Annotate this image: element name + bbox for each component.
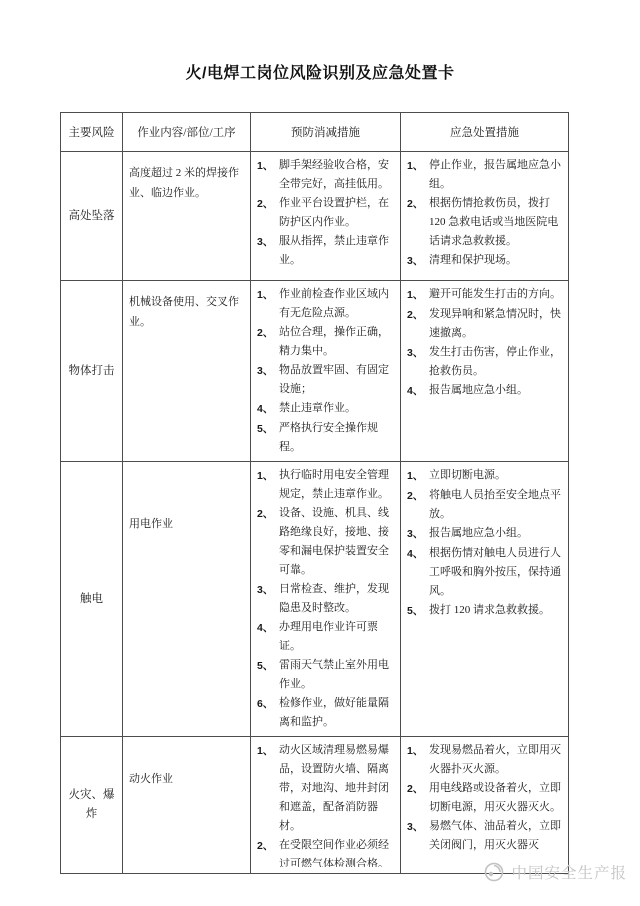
item-number: 2、 [407, 779, 429, 817]
item-number: 3、 [407, 343, 429, 381]
item-number: 3、 [407, 251, 429, 271]
emergency-cell: 1、避开可能发生打击的方向。2、发现异响和紧急情况时，快速撤离。3、发生打击伤害… [401, 281, 569, 462]
item-text: 作业平台设置护栏，在防护区内作业。 [279, 194, 394, 232]
item-text: 发现易燃品着火，立即用灭火器扑灭火源。 [429, 741, 562, 779]
emergency-list: 1、发现易燃品着火，立即用灭火器扑灭火源。2、用电线路或设备着火，立即切断电源，… [407, 741, 562, 855]
brand-logo-icon [483, 861, 505, 883]
item-text: 避开可能发生打击的方向。 [429, 285, 562, 305]
header-work-content: 作业内容/部位/工序 [123, 113, 251, 152]
item-number: 2、 [257, 504, 279, 580]
item-text: 执行临时用电安全管理规定，禁止违章作业。 [279, 466, 394, 504]
list-item: 3、发生打击伤害，停止作业，抢救伤员。 [407, 343, 562, 381]
item-number: 2、 [257, 194, 279, 232]
header-main-risk: 主要风险 [61, 113, 123, 152]
item-number: 1、 [257, 285, 279, 323]
list-item: 1、避开可能发生打击的方向。 [407, 285, 562, 305]
risk-card: 主要风险 作业内容/部位/工序 预防消减措施 应急处置措施 高处坠落 高度超过 … [60, 112, 569, 874]
brand-name: 中国安全生产报 [511, 861, 627, 883]
item-text: 停止作业，报告属地应急小组。 [429, 156, 562, 194]
emergency-list: 1、立即切断电源。2、将触电人员抬至安全地点平放。3、报告属地应急小组。4、根据… [407, 466, 562, 621]
item-text: 办理用电作业许可票证。 [279, 618, 394, 656]
item-number: 5、 [257, 656, 279, 694]
work-cell: 机械设备使用、交叉作业。 [123, 281, 251, 462]
list-item: 2、根据伤情抢救伤员，拨打 120 急救电话或当地医院电话请求急救救援。 [407, 194, 562, 251]
item-number: 3、 [257, 580, 279, 618]
list-item: 1、动火区域清理易燃易爆品，设置防火墙、隔离带，对地沟、地井封闭和遮盖，配备消防… [257, 741, 394, 836]
item-text: 服从指挥，禁止违章作业。 [279, 232, 394, 270]
emergency-list: 1、避开可能发生打击的方向。2、发现异响和紧急情况时，快速撤离。3、发生打击伤害… [407, 285, 562, 401]
item-text: 立即切断电源。 [429, 466, 562, 486]
item-number: 2、 [257, 323, 279, 361]
item-number: 3、 [257, 361, 279, 399]
work-cell: 高度超过 2 米的焊接作业、临边作业。 [123, 152, 251, 281]
list-item: 1、停止作业，报告属地应急小组。 [407, 156, 562, 194]
table-row-electric-shock: 触电 用电作业 1、执行临时用电安全管理规定，禁止违章作业。2、设备、设施、机具… [61, 462, 569, 737]
item-text: 报告属地应急小组。 [429, 524, 562, 544]
item-text: 在受限空间作业必须经过可燃气体检测合格。 [279, 836, 394, 867]
item-text: 严格执行安全操作规程。 [279, 419, 394, 457]
item-number: 6、 [257, 694, 279, 732]
list-item: 2、用电线路或设备着火，立即切断电源，用灭火器灭火。 [407, 779, 562, 817]
item-text: 日常检查、维护，发现隐患及时整改。 [279, 580, 394, 618]
table-row-fall: 高处坠落 高度超过 2 米的焊接作业、临边作业。 1、脚手架经验收合格，安全带完… [61, 152, 569, 281]
item-text: 根据伤情抢救伤员，拨打 120 急救电话或当地医院电话请求急救救援。 [429, 194, 562, 251]
risk-cell: 触电 [61, 462, 123, 737]
item-text: 发生打击伤害，停止作业，抢救伤员。 [429, 343, 562, 381]
item-number: 4、 [407, 381, 429, 401]
list-item: 2、在受限空间作业必须经过可燃气体检测合格。 [257, 836, 394, 867]
prevention-list: 1、动火区域清理易燃易爆品，设置防火墙、隔离带，对地沟、地井封闭和遮盖，配备消防… [257, 741, 394, 867]
work-cell: 用电作业 [123, 462, 251, 737]
list-item: 3、易燃气体、油品着火，立即关闭阀门，用灭火器灭 [407, 817, 562, 855]
table-row-object-strike: 物体打击 机械设备使用、交叉作业。 1、作业前检查作业区域内有无危险点源。2、站… [61, 281, 569, 462]
list-item: 3、报告属地应急小组。 [407, 524, 562, 544]
list-item: 3、日常检查、维护，发现隐患及时整改。 [257, 580, 394, 618]
item-number: 1、 [257, 156, 279, 194]
header-emergency: 应急处置措施 [401, 113, 569, 152]
item-text: 将触电人员抬至安全地点平放。 [429, 486, 562, 524]
item-text: 清理和保护现场。 [429, 251, 562, 271]
item-number: 5、 [407, 601, 429, 621]
list-item: 3、物品放置牢固、有固定设施； [257, 361, 394, 399]
item-text: 检修作业，做好能量隔离和监护。 [279, 694, 394, 732]
item-text: 易燃气体、油品着火，立即关闭阀门，用灭火器灭 [429, 817, 562, 855]
emergency-list: 1、停止作业，报告属地应急小组。2、根据伤情抢救伤员，拨打 120 急救电话或当… [407, 156, 562, 271]
emergency-cell: 1、立即切断电源。2、将触电人员抬至安全地点平放。3、报告属地应急小组。4、根据… [401, 462, 569, 737]
list-item: 4、根据伤情对触电人员进行人工呼吸和胸外按压，保持通风。 [407, 544, 562, 601]
risk-table: 主要风险 作业内容/部位/工序 预防消减措施 应急处置措施 高处坠落 高度超过 … [60, 112, 569, 874]
list-item: 5、拨打 120 请求急救救援。 [407, 601, 562, 621]
item-number: 1、 [407, 285, 429, 305]
risk-cell: 火灾、爆炸 [61, 737, 123, 874]
list-item: 4、办理用电作业许可票证。 [257, 618, 394, 656]
item-number: 1、 [407, 466, 429, 486]
prevention-cell: 1、作业前检查作业区域内有无危险点源。2、站位合理，操作正确，精力集中。3、物品… [251, 281, 401, 462]
emergency-cell: 1、停止作业，报告属地应急小组。2、根据伤情抢救伤员，拨打 120 急救电话或当… [401, 152, 569, 281]
list-item: 6、检修作业，做好能量隔离和监护。 [257, 694, 394, 732]
item-number: 4、 [257, 399, 279, 419]
list-item: 4、报告属地应急小组。 [407, 381, 562, 401]
table-row-fire-explosion: 火灾、爆炸 动火作业 1、动火区域清理易燃易爆品，设置防火墙、隔离带，对地沟、地… [61, 737, 569, 874]
item-text: 站位合理，操作正确，精力集中。 [279, 323, 394, 361]
list-item: 4、禁止违章作业。 [257, 399, 394, 419]
page: { "page": { "title": "火/电焊工岗位风险识别及应急处置卡"… [0, 0, 640, 906]
header-prevention: 预防消减措施 [251, 113, 401, 152]
list-item: 2、作业平台设置护栏，在防护区内作业。 [257, 194, 394, 232]
item-number: 3、 [257, 232, 279, 270]
list-item: 1、作业前检查作业区域内有无危险点源。 [257, 285, 394, 323]
item-text: 雷雨天气禁止室外用电作业。 [279, 656, 394, 694]
item-text: 动火区域清理易燃易爆品，设置防火墙、隔离带，对地沟、地井封闭和遮盖，配备消防器材… [279, 741, 394, 836]
item-number: 4、 [257, 618, 279, 656]
item-text: 拨打 120 请求急救救援。 [429, 601, 562, 621]
item-text: 作业前检查作业区域内有无危险点源。 [279, 285, 394, 323]
prevention-cell: 1、动火区域清理易燃易爆品，设置防火墙、隔离带，对地沟、地井封闭和遮盖，配备消防… [251, 737, 401, 874]
item-text: 发现异响和紧急情况时，快速撤离。 [429, 305, 562, 343]
header-row: 主要风险 作业内容/部位/工序 预防消减措施 应急处置措施 [61, 113, 569, 152]
item-number: 2、 [257, 836, 279, 867]
list-item: 2、发现异响和紧急情况时，快速撤离。 [407, 305, 562, 343]
item-number: 3、 [407, 524, 429, 544]
item-number: 1、 [407, 156, 429, 194]
item-number: 4、 [407, 544, 429, 601]
prevention-cell: 1、脚手架经验收合格，安全带完好，高挂低用。2、作业平台设置护栏，在防护区内作业… [251, 152, 401, 281]
watermark-brand: 中国安全生产报 [483, 861, 627, 883]
list-item: 3、服从指挥，禁止违章作业。 [257, 232, 394, 270]
item-text: 根据伤情对触电人员进行人工呼吸和胸外按压，保持通风。 [429, 544, 562, 601]
item-text: 脚手架经验收合格，安全带完好，高挂低用。 [279, 156, 394, 194]
list-item: 1、发现易燃品着火，立即用灭火器扑灭火源。 [407, 741, 562, 779]
list-item: 5、严格执行安全操作规程。 [257, 419, 394, 457]
list-item: 2、将触电人员抬至安全地点平放。 [407, 486, 562, 524]
item-text: 用电线路或设备着火，立即切断电源，用灭火器灭火。 [429, 779, 562, 817]
item-text: 物品放置牢固、有固定设施； [279, 361, 394, 399]
item-number: 1、 [257, 741, 279, 836]
prevention-list: 1、作业前检查作业区域内有无危险点源。2、站位合理，操作正确，精力集中。3、物品… [257, 285, 394, 457]
list-item: 5、雷雨天气禁止室外用电作业。 [257, 656, 394, 694]
risk-cell: 物体打击 [61, 281, 123, 462]
list-item: 1、脚手架经验收合格，安全带完好，高挂低用。 [257, 156, 394, 194]
item-number: 2、 [407, 194, 429, 251]
list-item: 1、立即切断电源。 [407, 466, 562, 486]
work-cell: 动火作业 [123, 737, 251, 874]
prevention-cell: 1、执行临时用电安全管理规定，禁止违章作业。2、设备、设施、机具、线路绝缘良好，… [251, 462, 401, 737]
emergency-cell: 1、发现易燃品着火，立即用灭火器扑灭火源。2、用电线路或设备着火，立即切断电源，… [401, 737, 569, 874]
list-item: 2、设备、设施、机具、线路绝缘良好，接地、接零和漏电保护装置安全可靠。 [257, 504, 394, 580]
item-number: 3、 [407, 817, 429, 855]
item-number: 5、 [257, 419, 279, 457]
list-item: 3、清理和保护现场。 [407, 251, 562, 271]
item-number: 1、 [257, 466, 279, 504]
risk-cell: 高处坠落 [61, 152, 123, 281]
page-title: 火/电焊工岗位风险识别及应急处置卡 [0, 0, 640, 83]
item-number: 2、 [407, 486, 429, 524]
list-item: 1、执行临时用电安全管理规定，禁止违章作业。 [257, 466, 394, 504]
item-text: 报告属地应急小组。 [429, 381, 562, 401]
list-item: 2、站位合理，操作正确，精力集中。 [257, 323, 394, 361]
prevention-list: 1、脚手架经验收合格，安全带完好，高挂低用。2、作业平台设置护栏，在防护区内作业… [257, 156, 394, 270]
item-text: 禁止违章作业。 [279, 399, 394, 419]
item-number: 2、 [407, 305, 429, 343]
item-number: 1、 [407, 741, 429, 779]
item-text: 设备、设施、机具、线路绝缘良好，接地、接零和漏电保护装置安全可靠。 [279, 504, 394, 580]
prevention-list: 1、执行临时用电安全管理规定，禁止违章作业。2、设备、设施、机具、线路绝缘良好，… [257, 466, 394, 732]
